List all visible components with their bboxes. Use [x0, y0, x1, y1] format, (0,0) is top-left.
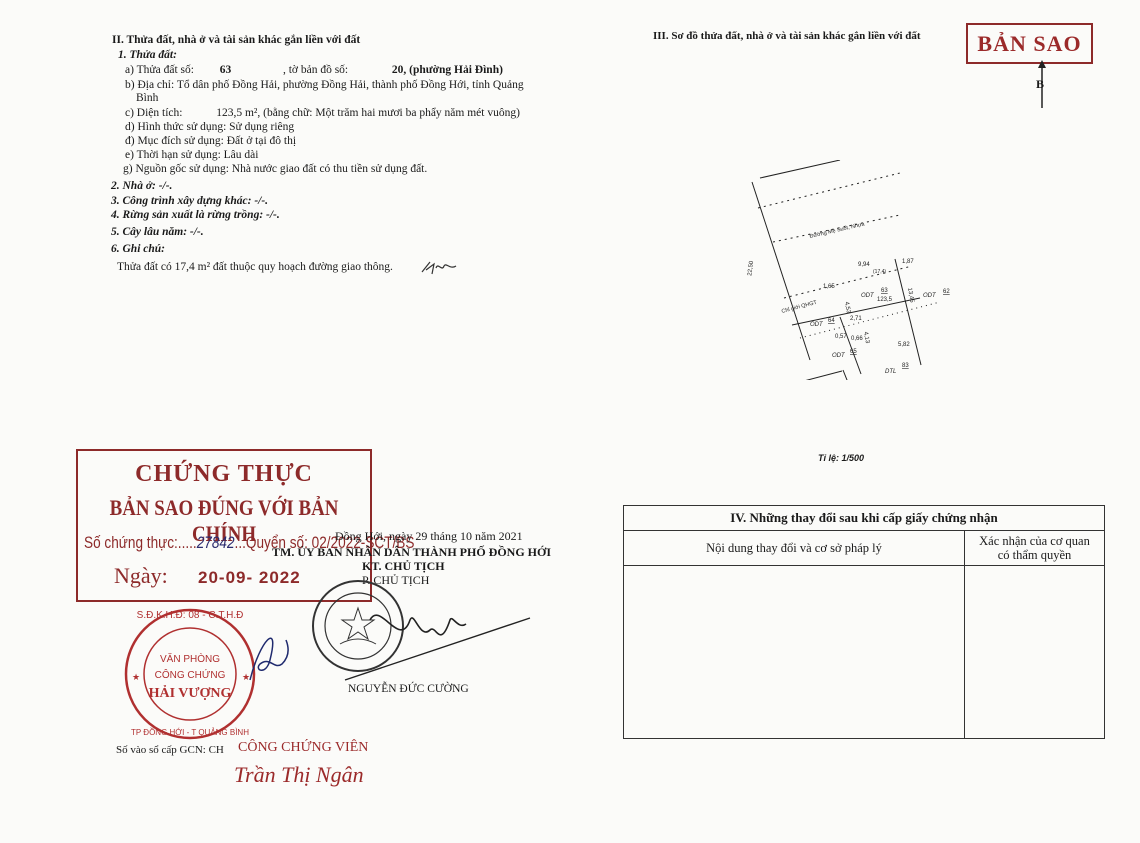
- dim-2-71: 2,71: [850, 316, 862, 322]
- issuer-org: TM. ỦY BAN NHÂN DÂN THÀNH PHỐ ĐỒNG HỚI: [272, 545, 551, 560]
- parcel-63-area: 123,5: [877, 297, 893, 303]
- dim-0-57: 0,57: [835, 334, 847, 340]
- notary-signature-icon: [230, 620, 320, 700]
- parcel-number: 63: [220, 64, 232, 76]
- address: b) Địa chỉ: Tổ dân phố Đồng Hải, phường …: [125, 79, 524, 92]
- dim-1-65: 1,65: [823, 284, 835, 290]
- changes-table-title: IV. Những thay đổi sau khi cấp giấy chứn…: [624, 506, 1104, 531]
- changes-cell: [624, 566, 965, 738]
- dim-4-13: 4,13: [862, 331, 870, 344]
- boundary-label: Chỉ giới QHGT: [781, 299, 818, 315]
- parcel-63-type: ODT: [861, 293, 875, 299]
- confirmation-line-1: Xác nhận của cơ quan: [965, 534, 1104, 548]
- parcel-62-type: ODT: [923, 293, 937, 299]
- dim-22-50: 22,50: [747, 260, 755, 276]
- dim-4-53: 4,53: [843, 301, 851, 314]
- dim-17-4: (17,4): [873, 269, 886, 275]
- area-value: 123,5 m², (bằng chữ: Một trăm hai mươi b…: [216, 107, 520, 119]
- map-sheet-number: 20, (phường Hải Đình): [392, 64, 503, 76]
- parcel-65-type: ODT: [832, 353, 846, 359]
- parcel-subheading: 1. Thửa đất:: [118, 49, 177, 62]
- seal-ring-bottom: TP ĐỒNG HỚI - T QUẢNG BÌNH: [131, 727, 249, 737]
- address-cont: Bình: [136, 92, 158, 105]
- parcel-83-no: 83: [902, 363, 909, 369]
- dim-13-45: 13,45: [906, 287, 915, 303]
- column-header-changes: Nội dung thay đổi và cơ sở pháp lý: [624, 531, 965, 565]
- column-header-confirmation: Xác nhận của cơ quan có thẩm quyền: [965, 531, 1104, 565]
- confirmation-line-2: có thẩm quyền: [965, 548, 1104, 562]
- changes-table: IV. Những thay đổi sau khi cấp giấy chứn…: [623, 505, 1105, 739]
- section-2-title: II. Thửa đất, nhà ở và tài sản khác gắn …: [112, 34, 360, 46]
- dim-1-87: 1,87: [902, 259, 914, 265]
- certification-title: CHỨNG THỰC: [78, 461, 370, 488]
- dim-9-94: 9,94: [858, 262, 870, 268]
- seal-ring-top: S.Đ.K.H.Đ: 08 - C.T.H.Đ: [137, 610, 244, 621]
- parcel-63-no: 63: [881, 288, 888, 294]
- section-3-title: III. Sơ đồ thửa đất, nhà ở và tài sản kh…: [653, 30, 921, 42]
- confirmation-cell: [965, 566, 1104, 738]
- notary-role: CÔNG CHỨNG VIÊN: [238, 740, 368, 756]
- parcel-62-no: 62: [943, 289, 950, 295]
- seal-line-1: VĂN PHÒNG: [160, 652, 220, 665]
- notary-name: Trần Thị Ngân: [234, 762, 364, 788]
- parcel-number-row: a) Thửa đất số: 63 , tờ bản đồ số: 20, (…: [125, 64, 503, 77]
- forest-item: 4. Rừng sản xuất là rừng trồng: -/-.: [111, 209, 280, 222]
- chairman-signature-icon: [340, 590, 540, 690]
- north-label: B: [1036, 77, 1044, 92]
- map-sheet-label: , tờ bản đồ số:: [283, 64, 348, 76]
- notes-heading: 6. Ghi chú:: [111, 243, 165, 256]
- initials-signature-icon: [420, 258, 460, 278]
- perennial-tree-item: 5. Cây lâu năm: -/-.: [111, 226, 204, 239]
- usage-term: e) Thời hạn sử dụng: Lâu dài: [125, 149, 258, 162]
- house-item: 2. Nhà ở: -/-.: [111, 180, 172, 193]
- other-construction-item: 3. Công trình xây dựng khác: -/-.: [111, 195, 268, 208]
- usage-purpose: đ) Mục đích sử dụng: Đất ở tại đô thị: [125, 135, 296, 148]
- issuer-name: NGUYỄN ĐỨC CƯỜNG: [348, 683, 469, 695]
- road-name: Đường Mẹ Suốt, Nhựa: [809, 221, 866, 240]
- seal-line-2: CÔNG CHỨNG: [155, 668, 226, 681]
- svg-text:★: ★: [132, 672, 140, 682]
- dim-5-82: 5,82: [898, 342, 910, 348]
- parcel-sketch: 22,50 Đường Mẹ Suốt, Nhựa 9,94 (17,4) 1,…: [740, 160, 980, 380]
- seal-line-3: HẢI VƯỢNG: [149, 684, 232, 701]
- usage-origin: g) Nguồn gốc sử dụng: Nhà nước giao đất …: [123, 163, 427, 176]
- parcel-65-no: 65: [850, 349, 857, 355]
- issuer-role-1: KT. CHỦ TỊCH: [362, 559, 445, 574]
- cert-number-label: Số chứng thực:.....: [84, 533, 197, 552]
- registry-number: Số vào sổ cấp GCN: CH: [116, 744, 224, 756]
- parcel-83-type: DTL: [885, 369, 896, 375]
- issue-place-date: Đồng Hới, ngày 29 tháng 10 năm 2021: [335, 529, 523, 544]
- parcel-label: a) Thửa đất số:: [125, 64, 194, 76]
- parcel-64-no: 64: [828, 318, 835, 324]
- dim-0-66: 0,66: [851, 336, 863, 342]
- scale-label: Tỉ lệ: 1/500: [818, 453, 864, 463]
- cert-date: 20-09- 2022: [198, 568, 301, 588]
- cert-number: 27842: [197, 533, 235, 552]
- parcel-64-type: ODT: [810, 322, 824, 328]
- notes-text: Thửa đất có 17,4 m² đất thuộc quy hoạch …: [117, 261, 393, 274]
- area-row: c) Diện tích: 123,5 m², (bằng chữ: Một t…: [125, 107, 520, 120]
- usage-form: d) Hình thức sử dụng: Sử dụng riêng: [125, 121, 294, 134]
- area-label: c) Diện tích:: [125, 107, 182, 119]
- copy-stamp: BẢN SAO: [966, 23, 1093, 64]
- cert-date-label: Ngày:: [114, 563, 168, 589]
